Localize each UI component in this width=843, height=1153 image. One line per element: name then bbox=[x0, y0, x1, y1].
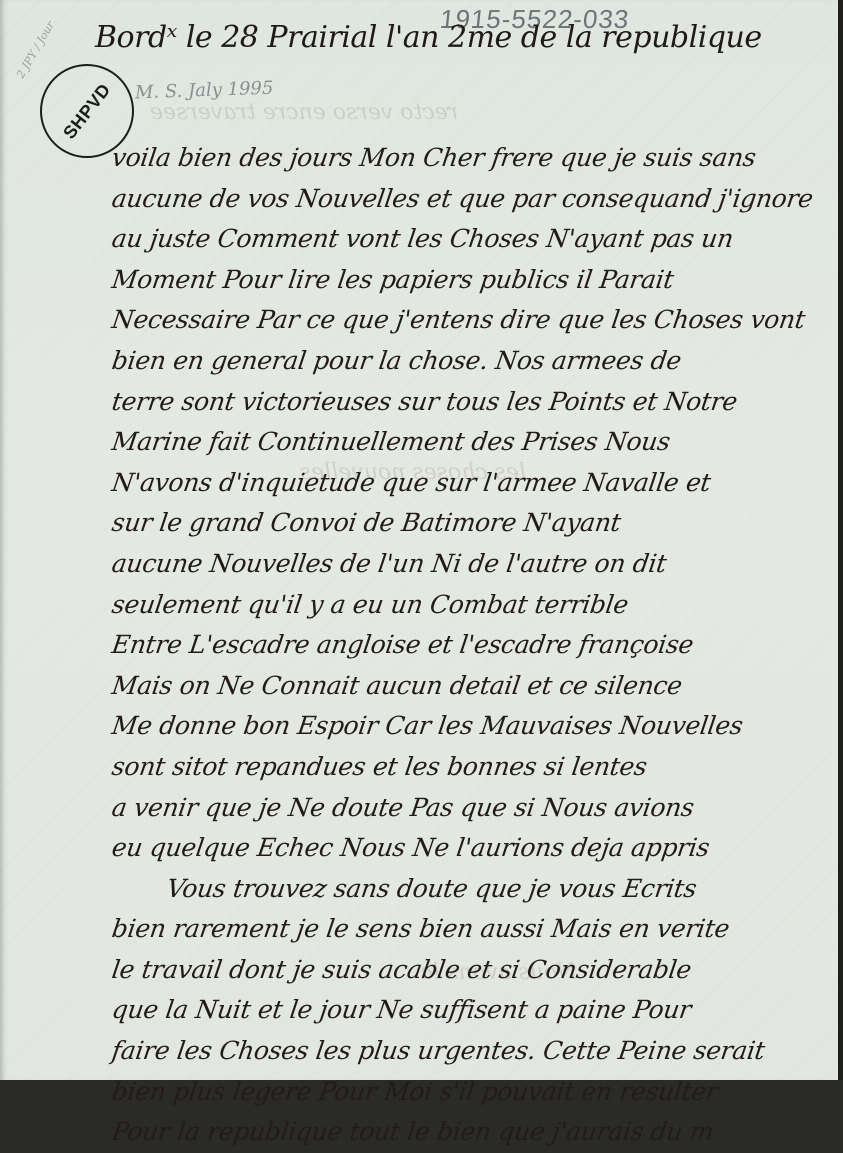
letter-line: eu quelque Echec Nous Ne l'aurions deja … bbox=[109, 828, 830, 869]
letter-line: Moment Pour lire les papiers publics il … bbox=[109, 260, 830, 301]
letter-line: Mais on Ne Connait aucun detail et ce si… bbox=[109, 666, 830, 707]
letter-line: le travail dont je suis acable et si Con… bbox=[109, 950, 830, 991]
bleed-through-text: recto verso encre traversee bbox=[150, 100, 458, 125]
letter-line: aucune de vos Nouvelles et que par conse… bbox=[109, 179, 830, 220]
letter-line: N'avons d'inquietude que sur l'armee Nav… bbox=[109, 463, 830, 504]
stamp-text: SHPVD bbox=[59, 79, 115, 143]
letter-line-paragraph-start: Vous trouvez sans doute que je vous Ecri… bbox=[109, 869, 830, 910]
letter-line: sur le grand Convoi de Batimore N'ayant bbox=[109, 503, 830, 544]
letter-line: au juste Comment vont les Choses N'ayant… bbox=[109, 219, 830, 260]
letter-body: voila bien des jours Mon Cher frere que … bbox=[112, 138, 827, 1080]
letter-line: seulement qu'il y a eu un Combat terribl… bbox=[109, 585, 830, 626]
letter-line: sont sitot repandues et les bonnes si le… bbox=[109, 747, 830, 788]
letter-dateline: Bordˣ le 28 Prairial l'an 2me de la repu… bbox=[95, 20, 762, 55]
letter-line: que la Nuit et le jour Ne suffisent a pa… bbox=[109, 990, 830, 1031]
letter-line: bien plus legere Pour Moi s'il pouvait e… bbox=[109, 1072, 830, 1080]
letter-line: Entre L'escadre angloise et l'escadre fr… bbox=[109, 625, 830, 666]
letter-line: aucune Nouvelles de l'un Ni de l'autre o… bbox=[109, 544, 830, 585]
pencil-margin-note: 2 JPY / Jour bbox=[14, 19, 57, 81]
letter-line: a venir que je Ne doute Pas que si Nous … bbox=[109, 788, 830, 829]
letter-page: recto verso encre traversee les choses n… bbox=[0, 0, 838, 1080]
scan-edge bbox=[838, 0, 843, 1080]
letter-line: Me donne bon Espoir Car les Mauvaises No… bbox=[109, 706, 830, 747]
letter-line: terre sont victorieuses sur tous les Poi… bbox=[109, 382, 830, 423]
letter-line: bien en general pour la chose. Nos armee… bbox=[109, 341, 830, 382]
letter-line: faire les Choses les plus urgentes. Cett… bbox=[109, 1031, 830, 1072]
letter-line: Marine fait Continuellement des Prises N… bbox=[109, 422, 830, 463]
letter-line: Necessaire Par ce que j'entens dire que … bbox=[109, 300, 830, 341]
pencil-note: M. S. Jaly 1995 bbox=[135, 78, 274, 104]
letter-line: bien rarement je le sens bien aussi Mais… bbox=[109, 909, 830, 950]
letter-line: voila bien des jours Mon Cher frere que … bbox=[109, 138, 830, 179]
